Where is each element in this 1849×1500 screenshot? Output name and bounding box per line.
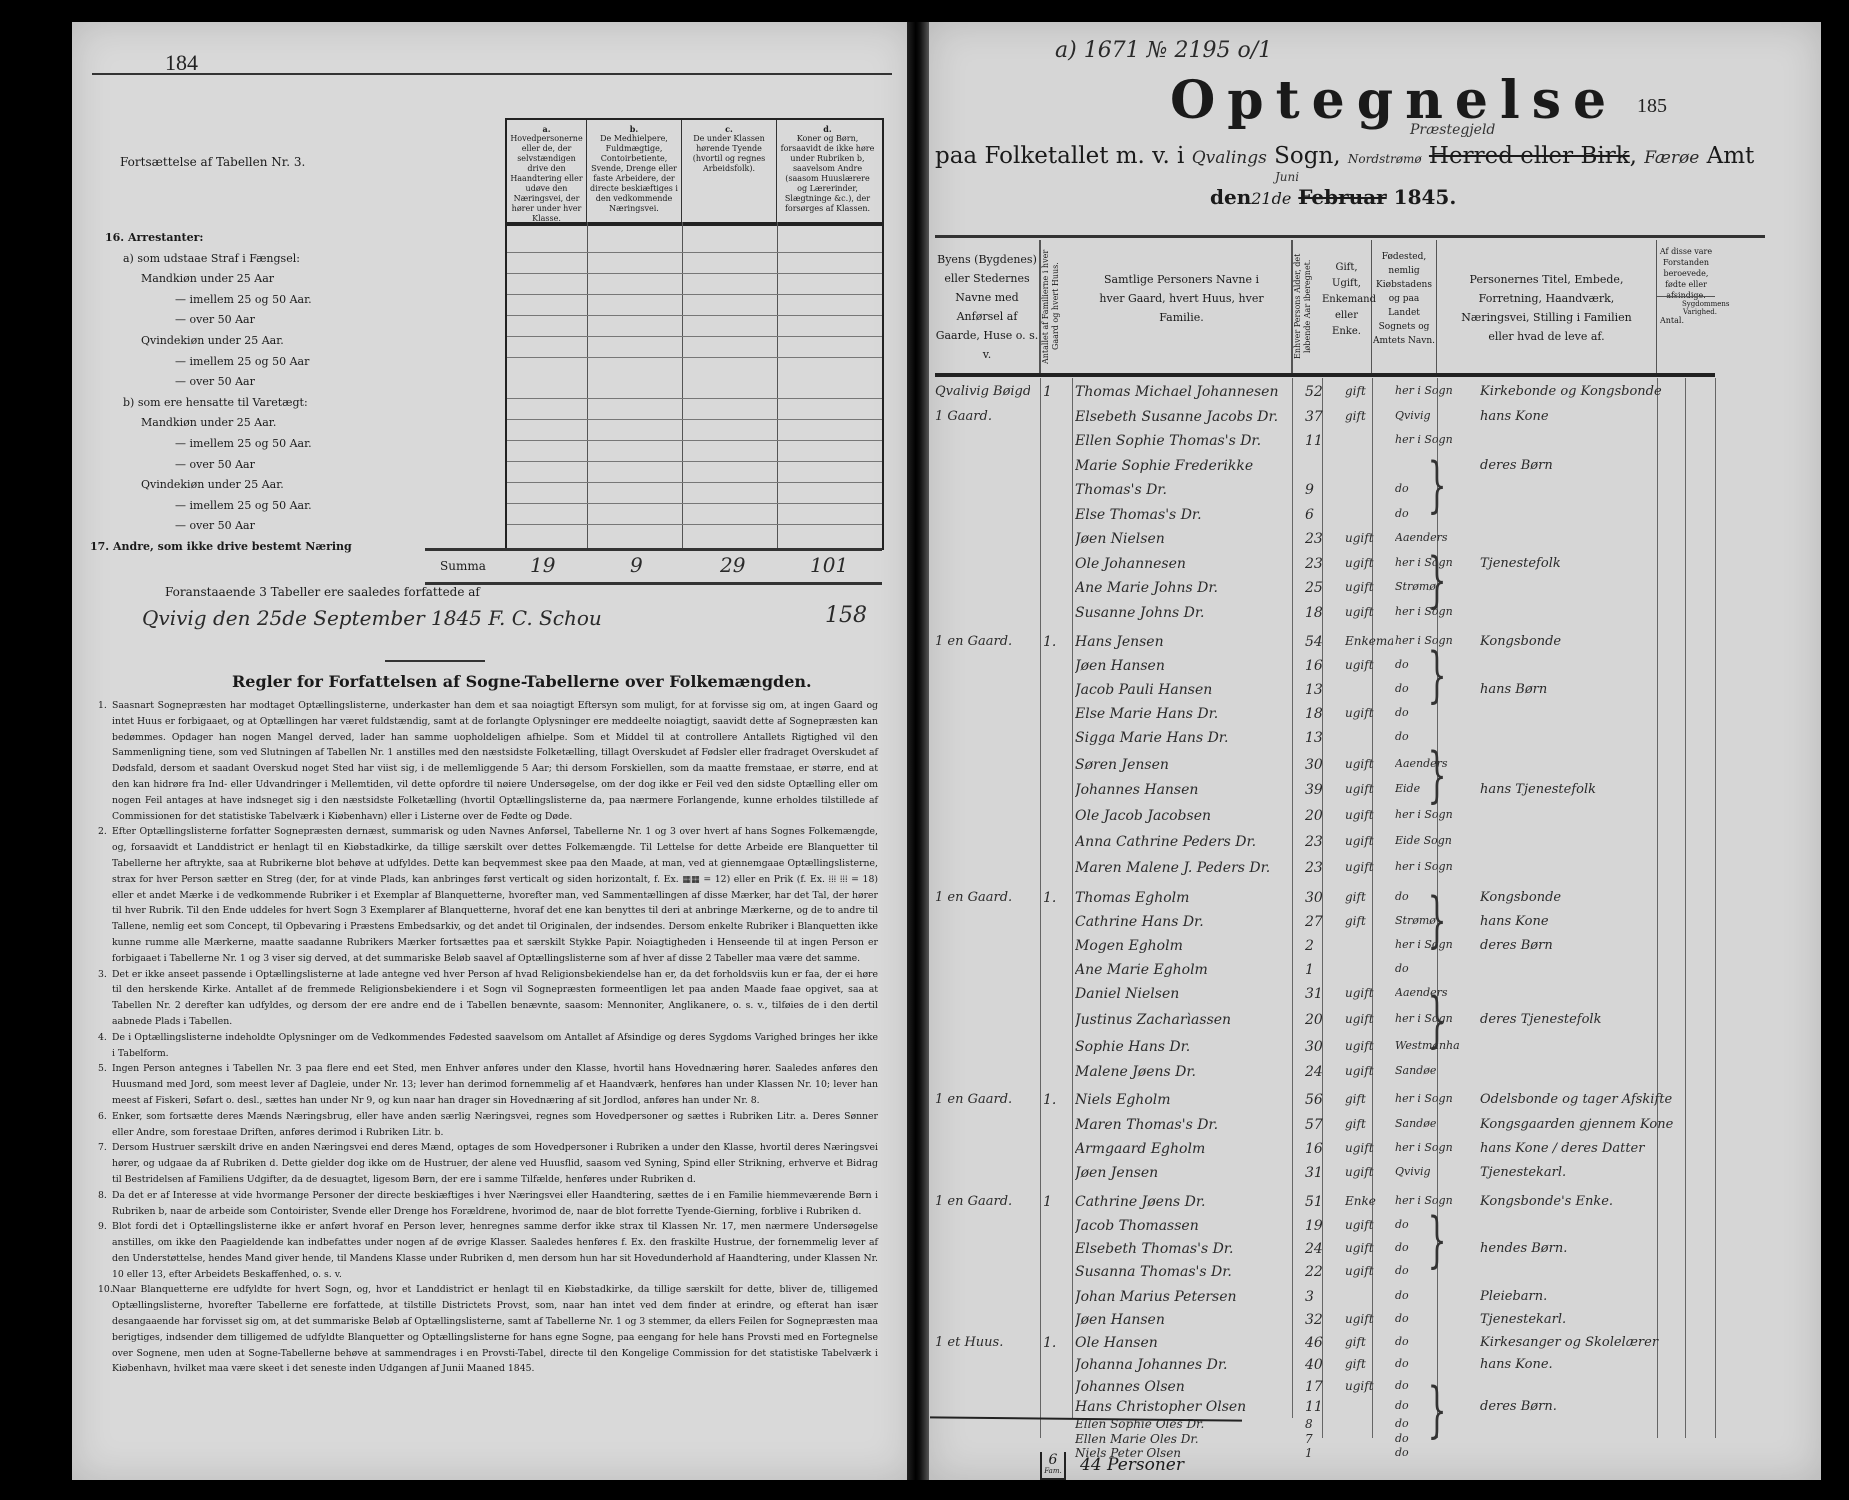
ornament-divider [385,660,485,662]
table-row: Johanna Johannes Dr.40giftdohans Kone. [935,1353,1715,1378]
arr-row: — over 50 Aar [105,372,505,393]
amt-name: Færøe [1644,148,1699,168]
arr-row: — over 50 Aar [105,310,505,331]
table-row: 1 Gaard.Elsebeth Susanne Jacobs Dr.37gif… [935,405,1715,430]
summa-a: 19 [530,553,555,577]
table-row: Justinus Zacharìassen20ugifther i Sognde… [935,1008,1715,1033]
summa-c: 29 [720,553,745,577]
table-row: Susanne Johns Dr.18ugifther i Sogn [935,601,1715,626]
summa-b: 9 [630,553,643,577]
authored-line: Foranstaaende 3 Tabeller ere saaledes fo… [165,585,480,599]
arr-row: — imellem 25 og 50 Aar. [105,496,505,517]
rule-item: 8.Da det er af Interesse at vide hvorman… [98,1188,878,1220]
date-line: den21de Februar 1845. [1210,185,1456,209]
table-row: Anna Cathrine Peders Dr.23ugiftEide Sogn [935,830,1715,855]
brace-icon: } [1428,740,1447,810]
table-row: Sigga Marie Hans Dr.13do [935,726,1715,751]
table-row: Ole Jacob Jacobsen20ugifther i Sogn [935,804,1715,829]
column-b-header: b.De Medhielpere, Fuldmægtige, Contoirbe… [587,120,682,222]
table-row: 1 en Gaard.1Cathrine Jøens Dr.51Enkeher … [935,1190,1715,1215]
header-insane-duration: Sygdommens Varighed. [1682,300,1718,316]
arr-row: a) som udstaae Straf i Fængsel: [105,249,505,270]
arr-row: Mandkiøn under 25 Aar. [105,413,505,434]
rule-item: 9.Blot fordi det i Optællingslisterne ik… [98,1219,878,1282]
table-row: Ane Marie Egholm1do [935,958,1715,983]
table-row: Elsebeth Thomas's Dr.24ugiftdohendes Bør… [935,1237,1715,1262]
rule-item: 3.Det er ikke anseet passende i Optællin… [98,967,878,1030]
book-gutter [907,22,929,1480]
table-row: Johannes Hansen39ugiftEidehans Tjenestef… [935,778,1715,803]
table-row: Søren Jensen30ugiftAaenders [935,753,1715,778]
brace-icon: } [1428,885,1447,955]
arr-row: 16. Arrestanter: [105,228,505,249]
arr-row: b) som ere hensatte til Varetægt: [105,393,505,414]
rules-title: Regler for Forfattelsen af Sogne-Tabelle… [232,672,812,691]
table-row: Ane Marie Johns Dr.25ugiftStrømø [935,576,1715,601]
table-row: Jøen Hansen16ugiftdo [935,654,1715,679]
continuation-title: Fortsættelse af Tabellen Nr. 3. [120,155,305,169]
table-row: Else Marie Hans Dr.18ugiftdo [935,702,1715,727]
table-row: 1 et Huus.1.Ole Hansen46giftdoKirkesange… [935,1331,1715,1356]
table-row: Jøen Jensen31ugiftQvivigTjenestekarl. [935,1161,1715,1186]
signature: Qvivig den 25de September 1845 F. C. Sch… [142,606,602,630]
district-name: Nordstrømø [1348,152,1422,166]
total-families: 6Fam. [1040,1452,1066,1480]
arr-row: Qvindekiøn under 25 Aar. [105,331,505,352]
arr-row: Mandkiøn under 25 Aar [105,269,505,290]
brace-icon: } [1428,450,1447,520]
page-number-right: 185 [1637,95,1667,118]
arr-row: Qvindekiøn under 25 Aar. [105,475,505,496]
brace-icon: } [1428,985,1447,1055]
table-row: Jøen Nielsen23ugiftAaenders [935,527,1715,552]
arr-row: — imellem 25 og 50 Aar [105,352,505,373]
herred-correction: Præstegjeld [1410,122,1495,138]
parish-name: Qvalings [1192,148,1267,168]
arr-row: — imellem 25 og 50 Aar. [105,434,505,455]
arr-row: — over 50 Aar [105,455,505,476]
table-row: Marie Sophie Frederikkederes Børn [935,454,1715,479]
brace-icon: } [1428,640,1447,710]
summa-label: Summa [440,559,486,573]
table-row: Cathrine Hans Dr.27giftStrømøhans Kone [935,910,1715,935]
rule-item: 4.De i Optællingslisterne indeholdte Opl… [98,1030,878,1062]
table-row: Johan Marius Petersen3doPleiebarn. [935,1285,1715,1310]
table-row: Daniel Nielsen31ugiftAaenders [935,982,1715,1007]
rule-item: 6.Enker, som fortsætte deres Mænds Nærin… [98,1109,878,1141]
brace-icon: } [1428,1375,1447,1445]
header-names: Samtlige Personers Navne i hver Gaard, h… [1072,240,1292,373]
table-row: Ellen Sophie Thomas's Dr.11her i Sogn [935,429,1715,454]
table-row: Maren Thomas's Dr.57giftSandøeKongsgaard… [935,1113,1715,1138]
header-civil: Gift, Ugift, Enkemand eller Enke. [1322,240,1372,373]
month-correction: Juni [1275,170,1299,184]
header-birthplace: Fødested, nemlig Kiøbstadens og paa Land… [1372,240,1437,373]
summa-top-rule [425,548,882,551]
arr-row: — imellem 25 og 50 Aar. [105,290,505,311]
herred-struck: Herred eller Birk [1429,143,1630,169]
arrestanter-grid [505,222,884,550]
header-insane-count: Antal. [1660,316,1684,325]
header-rule [92,73,892,75]
brace-icon: } [1428,1205,1447,1275]
table-row: Jacob Thomassen19ugiftdo [935,1214,1715,1239]
brace-icon: } [1428,545,1447,615]
table-row: Susanna Thomas's Dr.22ugiftdo [935,1260,1715,1285]
table-row: Malene Jøens Dr.24ugiftSandøe [935,1060,1715,1085]
table-row: Jøen Hansen32ugiftdoTjenestekarl. [935,1308,1715,1333]
table-row: Else Thomas's Dr.6do [935,503,1715,528]
total-persons: 44 Personer [1080,1455,1184,1475]
rule-item: 5.Ingen Person antegnes i Tabellen Nr. 3… [98,1061,878,1108]
rule-item: 10.Naar Blanquetterne ere udfyldte for h… [98,1282,878,1377]
arrestanter-list: 16. Arrestanter: a) som udstaae Straf i … [105,228,505,558]
column-a-header: a.Hovedpersonerne eller de, der selvstæn… [507,120,587,222]
class-columns-header: a.Hovedpersonerne eller de, der selvstæn… [505,118,884,226]
summa-d: 101 [810,553,848,577]
table-row: Armgaard Egholm16ugifther i Sognhans Kon… [935,1137,1715,1162]
rule-item: 2.Efter Optællingslisterne forfatter Sog… [98,824,878,966]
header-occupation: Personernes Titel, Embede, Forretning, H… [1437,240,1657,373]
table-row: Sophie Hans Dr.30ugiftWestmanhavn [935,1035,1715,1060]
margin-number: 158 [825,603,867,628]
header-place: Byens (Bygdenes) eller Stedernes Navne m… [935,240,1040,373]
header-families: Antallet af Familierne i hver Gaard og h… [1040,240,1072,373]
table-row: Mogen Egholm2her i Sognderes Børn [935,934,1715,959]
table-row: 1 en Gaard.1.Thomas Egholm30giftdoKongsb… [935,886,1715,911]
page-title: Optegnelse [1170,70,1618,131]
table-row: Qvalivig Bøigd1Thomas Michael Johannesen… [935,380,1715,405]
archive-reference: a) 1671 № 2195 o/1 [1055,38,1272,63]
table-top-rule [935,235,1765,238]
column-d-header: d.Koner og Børn, forsaavidt de ikke høre… [777,120,878,222]
column-c-header: c.De under Klassen hørende Tyende (hvort… [682,120,777,222]
table-row: Ole Johannesen23ugifther i SognTjenestef… [935,552,1715,577]
summa-bottom-rule [425,582,882,585]
census-table-header: Byens (Bygdenes) eller Stedernes Navne m… [935,240,1715,377]
subtitle: paa Folketallet m. v. i Qvalings Sogn, N… [935,143,1754,169]
rule-item: 1.Saasnart Sognepræsten har modtaget Opt… [98,698,878,824]
table-row: Thomas's Dr.9do [935,478,1715,503]
table-row: Jacob Pauli Hansen13dohans Børn [935,678,1715,703]
rule-item: 7.Dersom Hustruer særskilt drive en ande… [98,1140,878,1187]
table-row: 1 en Gaard.1.Niels Egholm56gifther i Sog… [935,1088,1715,1113]
table-row: Maren Malene J. Peders Dr.23ugifther i S… [935,856,1715,881]
arr-row: — over 50 Aar [105,516,505,537]
rules-list: 1.Saasnart Sognepræsten har modtaget Opt… [98,698,878,1377]
table-row: 1 en Gaard.1.Hans Jensen54Enkemandher i … [935,630,1715,655]
header-age: Enhver Persons Alder, det løbende Aar ib… [1292,240,1322,373]
